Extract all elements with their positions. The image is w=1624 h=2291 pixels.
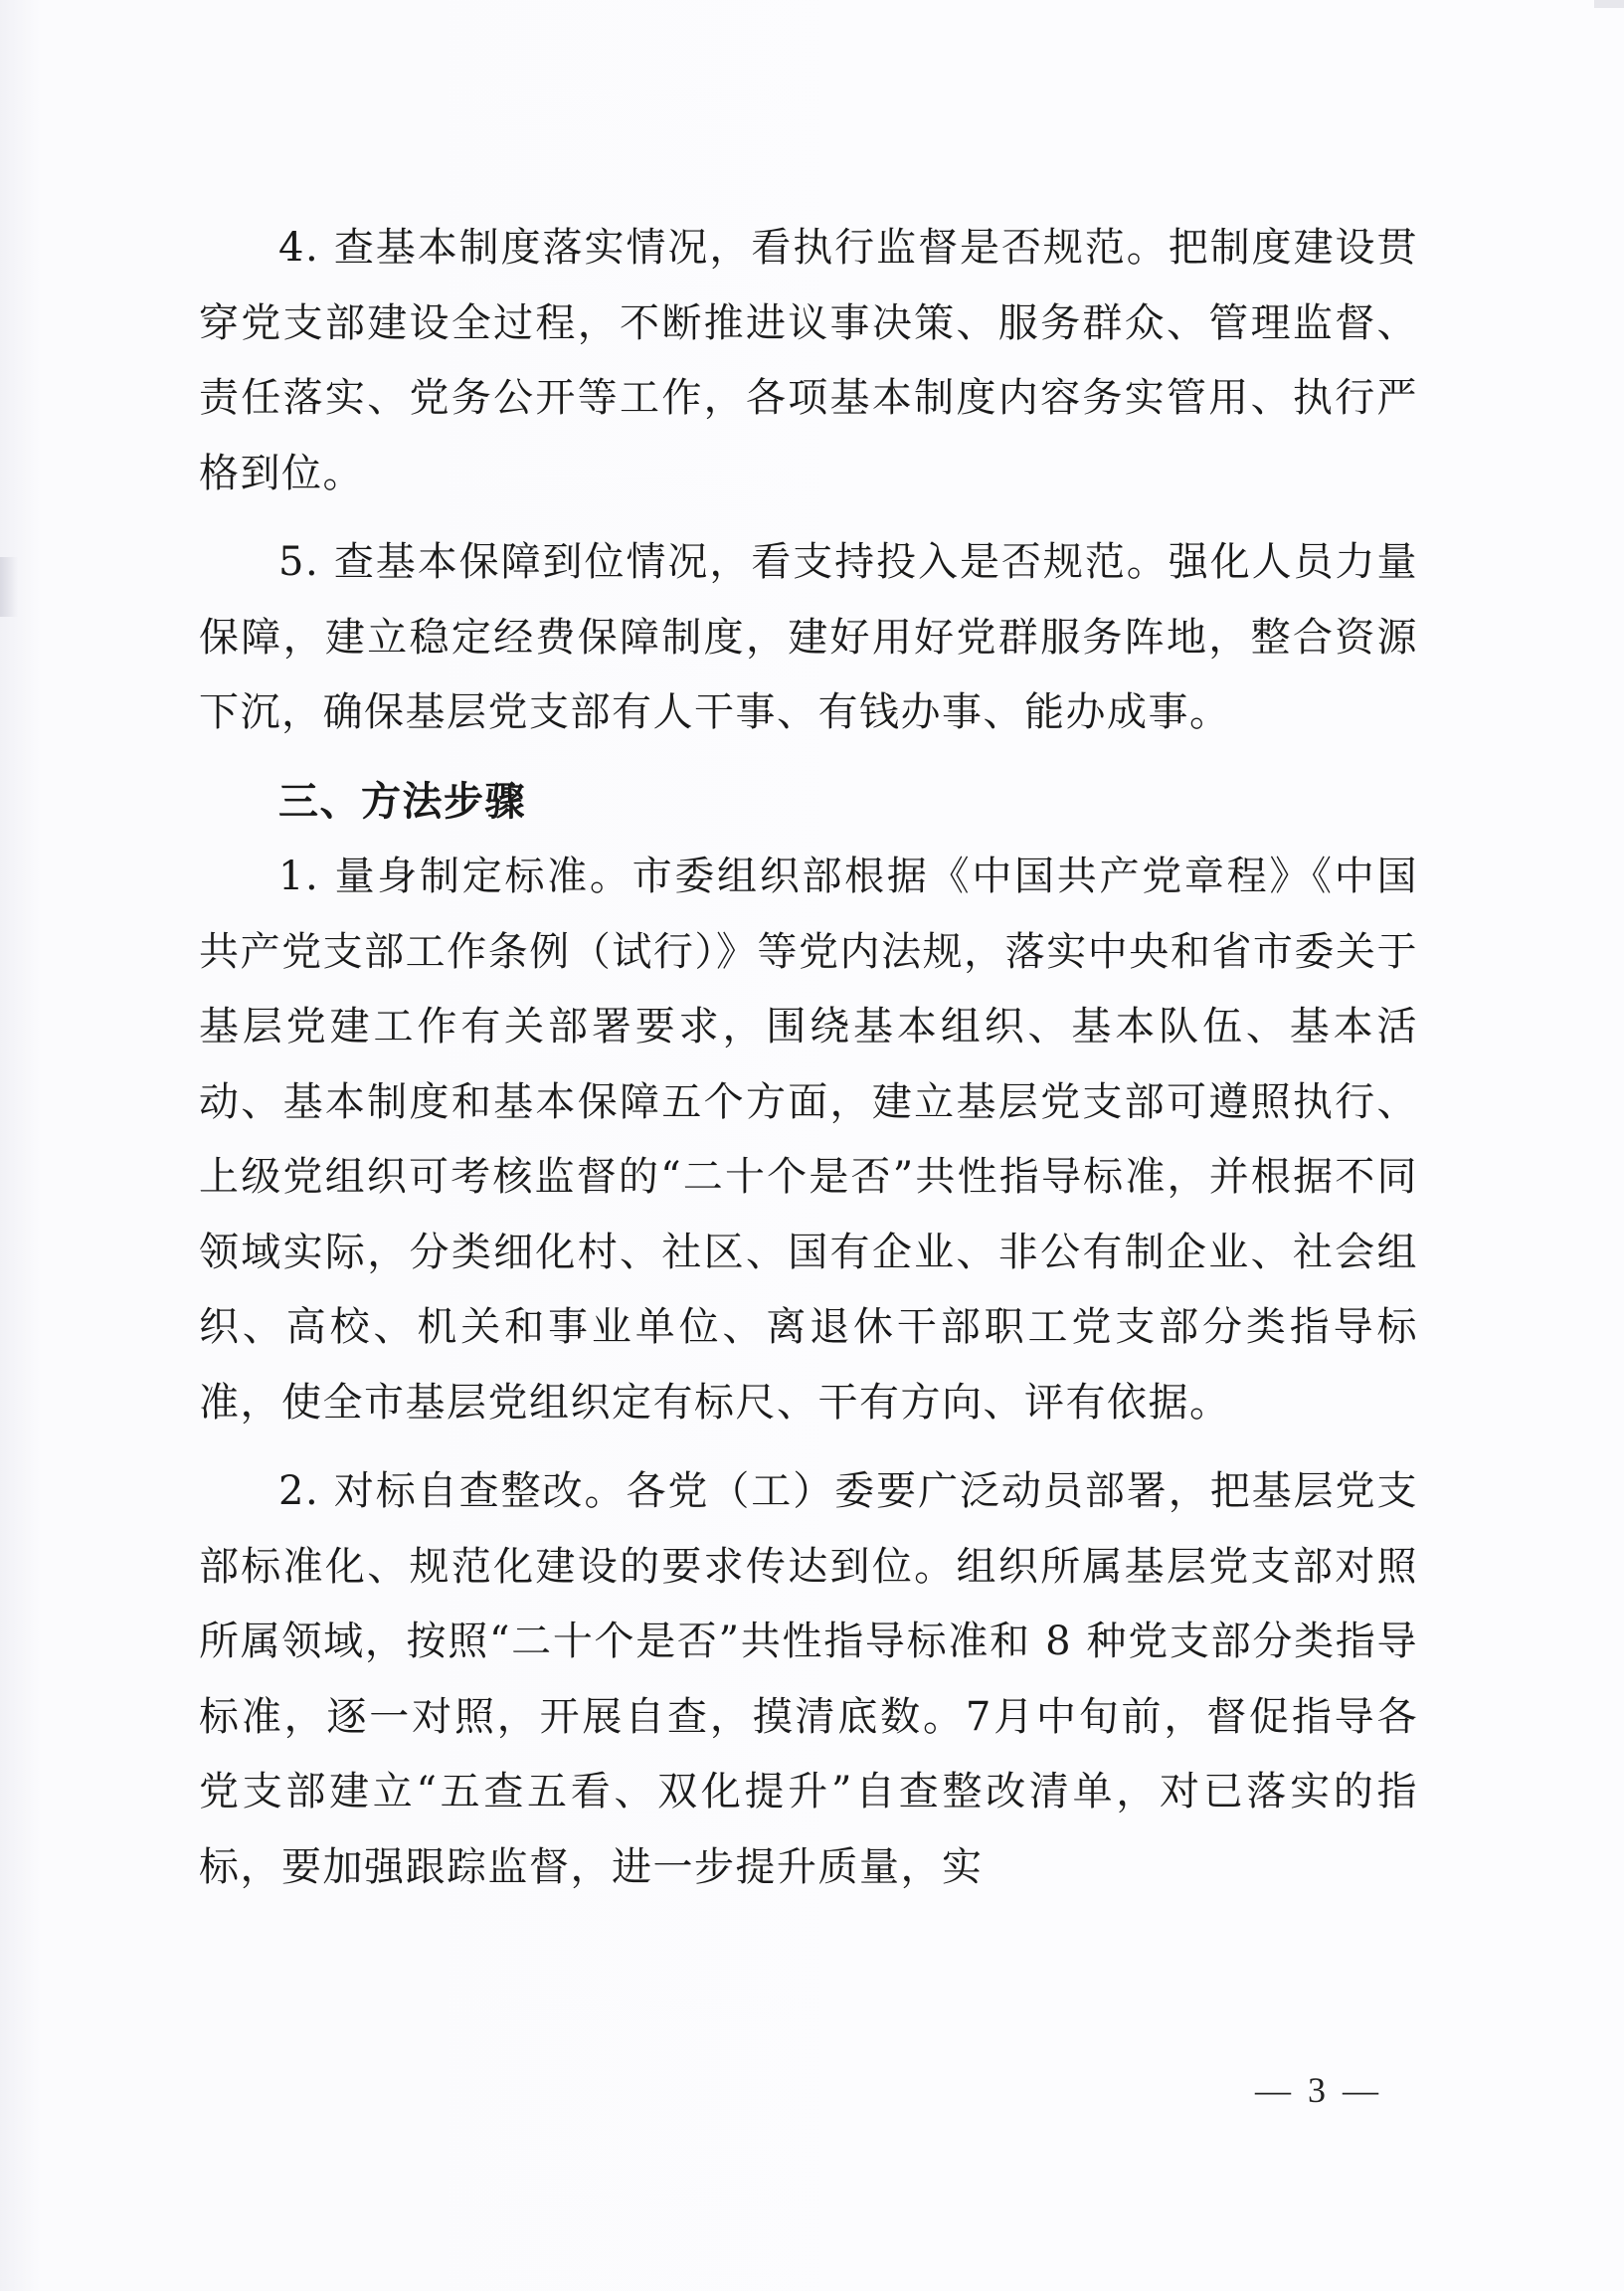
document-page: 4. 查基本制度落实情况，看执行监督是否规范。把制度建设贯穿党支部建设全过程，不… (0, 0, 1624, 2291)
paragraph-step-2-self-check: 2. 对标自查整改。各党（工）委要广泛动员部署，把基层党支部标准化、规范化建设的… (199, 1454, 1418, 1905)
document-body: 4. 查基本制度落实情况，看执行监督是否规范。把制度建设贯穿党支部建设全过程，不… (199, 211, 1418, 1905)
scan-edge-artifact (0, 557, 18, 617)
scan-corner-artifact (1594, 0, 1624, 8)
paragraph-item-4-basic-system: 4. 查基本制度落实情况，看执行监督是否规范。把制度建设贯穿党支部建设全过程，不… (199, 211, 1418, 511)
paragraph-item-5-basic-guarantee: 5. 查基本保障到位情况，看支持投入是否规范。强化人员力量保障，建立稳定经费保障… (199, 525, 1418, 751)
section-heading-methods-steps: 三、方法步骤 (199, 765, 1418, 841)
paragraph-step-1-set-standards: 1. 量身制定标准。市委组织部根据《中国共产党章程》《中国共产党支部工作条例（试… (199, 840, 1418, 1440)
page-number: — 3 — (1255, 2069, 1382, 2111)
